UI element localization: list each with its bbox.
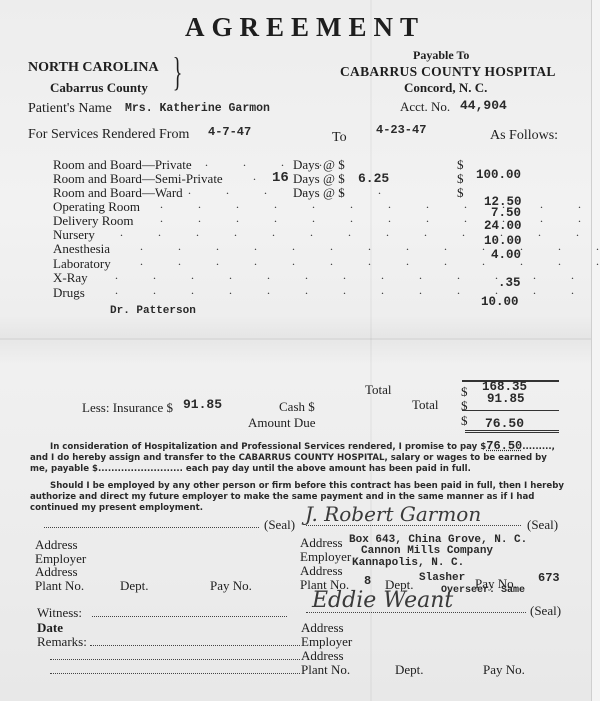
insurance-label: Less: Insurance $ (82, 400, 173, 416)
terms-para2: Should I be employed by any other person… (30, 481, 566, 514)
charge-amount: 7.50 (491, 206, 521, 220)
borrower-signature: J. Robert Garmon (305, 502, 481, 526)
terms-para1-end: and I do hereby assign and transfer to t… (30, 453, 547, 474)
insurance-amount: 91.85 (183, 397, 222, 412)
pay-label: Pay No. (483, 662, 525, 678)
remarks-line-3 (50, 673, 300, 674)
services-from-date: 4-7-47 (208, 125, 251, 139)
charge-label: Drugs (53, 285, 85, 301)
witness-label: Witness: (37, 605, 82, 621)
remarks-line-1 (90, 645, 300, 646)
seal-label: (Seal) (264, 517, 295, 533)
terms-text: In consideration of Hospitalization and … (30, 441, 566, 520)
dollar-sign: $ (461, 413, 468, 429)
less-total-label: Total (412, 397, 439, 413)
charge-amount: 24.00 (484, 219, 522, 233)
dollar-sign: $ (461, 398, 468, 414)
county-label: Cabarrus County (50, 80, 148, 96)
leader-dots: . . . . . . . . . . . . . (140, 254, 600, 269)
leader-dots: . . . . . . . . . . . . (160, 197, 597, 212)
as-follows-label: As Follows: (490, 128, 558, 144)
payee-name: CABARRUS COUNTY HOSPITAL (340, 64, 556, 80)
services-from-label: For Services Rendered From (28, 127, 189, 143)
payable-to-label: Payable To (413, 48, 469, 63)
doctor-label: Dr. Patterson (110, 305, 196, 317)
signature-line-left (44, 527, 259, 528)
less-total-amount: 91.85 (487, 392, 525, 406)
pay-value: 673 (538, 571, 560, 585)
cosigner-signature: Eddie Weant (312, 588, 453, 613)
employer-value: Cannon Mills Company (361, 545, 493, 557)
pay-label: Pay No. (210, 578, 252, 594)
cash-label: Cash $ (279, 399, 315, 415)
charge-amount: 4.00 (491, 248, 521, 262)
leader-dots: . . . . . . . . . . . . (160, 211, 597, 226)
leader-dots: . . . . . . . . . . . . . (140, 239, 600, 254)
services-to-label: To (332, 130, 347, 146)
doctor-amount: 10.00 (481, 295, 519, 309)
remarks-label: Remarks: (37, 634, 87, 650)
leader-dots: . . . . . . . . . . . . . . (115, 283, 600, 298)
charge-amount: 10.00 (484, 234, 522, 248)
total-label: Total (365, 382, 392, 398)
paper-document: AGREEMENT NORTH CAROLINA Cabarrus County… (0, 0, 592, 701)
dept-value: Slasher (419, 572, 465, 584)
patient-name-value: Mrs. Katherine Garmon (125, 102, 270, 115)
charge-label: X-Ray (53, 270, 88, 286)
remarks-line-2 (50, 659, 300, 660)
charge-amount: .35 (498, 276, 521, 290)
overseer-value: Overseer: Same (441, 585, 525, 596)
plant-label: Plant No. (301, 662, 350, 678)
witness-line (92, 616, 287, 617)
amount-due-rule-bottom (465, 430, 559, 431)
cosigner-signature-line (306, 612, 526, 613)
brace-glyph: } (173, 48, 183, 95)
charge-label: Anesthesia (53, 241, 110, 257)
fold-crease (0, 338, 591, 340)
leader-dots: . (253, 169, 272, 184)
promise-amount: 76.50 (486, 439, 522, 453)
document-title: AGREEMENT (185, 12, 425, 43)
seal-label: (Seal) (527, 517, 558, 533)
amount-due-value: 76.50 (485, 416, 524, 431)
terms-para1-start: In consideration of Hospitalization and … (50, 442, 486, 452)
amount-due-label: Amount Due (248, 415, 316, 431)
signature-line-right (306, 525, 521, 526)
acct-label: Acct. No. (400, 99, 450, 115)
amount-due-rule-top (462, 410, 559, 411)
seal-label: (Seal) (530, 603, 561, 619)
acct-number: 44,904 (460, 98, 507, 113)
address2-value: Kannapolis, N. C. (352, 557, 464, 569)
state-label: NORTH CAROLINA (28, 60, 159, 76)
patient-name-label: Patient's Name (28, 101, 112, 117)
dept-label: Dept. (395, 662, 424, 678)
dept-label: Dept. (120, 578, 149, 594)
leader-dots: . . . . . . . . . . . . . . (115, 268, 600, 283)
plant-label: Plant No. (35, 578, 84, 594)
plant-value: 8 (364, 574, 371, 588)
leader-dots: . . . . . . . . . . . . . . (120, 225, 600, 240)
charge-amount: 100.00 (476, 168, 521, 182)
payee-city: Concord, N. C. (404, 80, 487, 96)
services-to-date: 4-23-47 (376, 123, 426, 137)
amount-due-rule-double (465, 432, 559, 433)
